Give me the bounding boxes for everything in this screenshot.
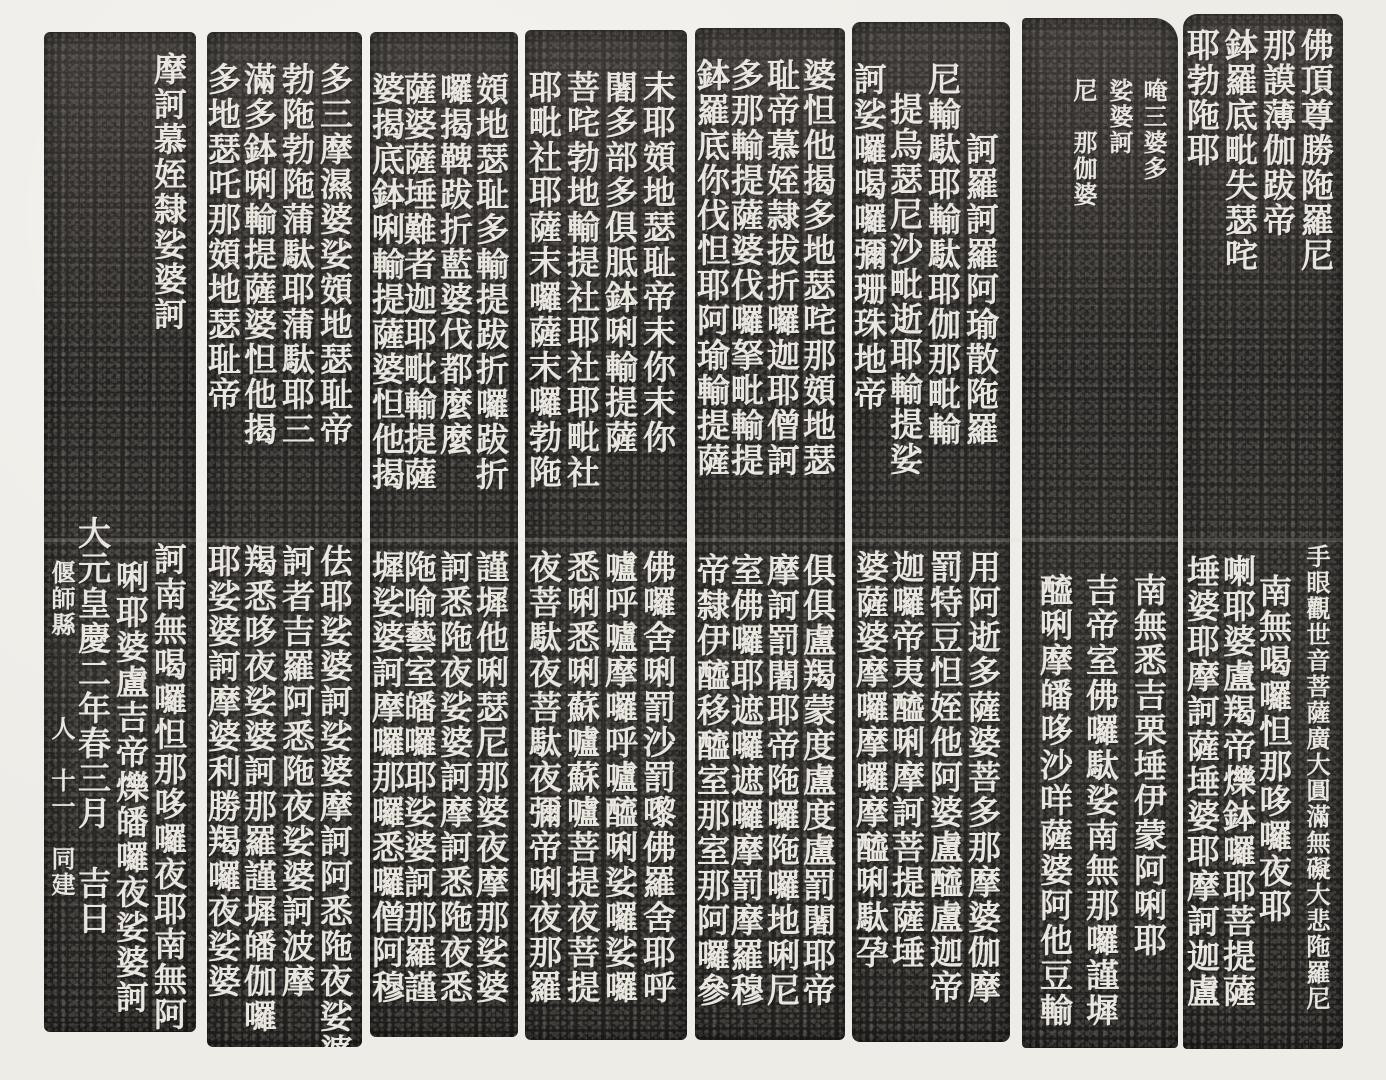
text-column: 摩訶慕姪隸娑婆訶 [148,52,188,332]
text-column: 悉唎悉唎蘇嚧蘇嚧菩提夜菩提 [561,550,601,1005]
text-column: 用阿逝多薩婆菩多那摩婆伽摩 [962,550,1002,1005]
text-column: 尼 那伽婆 [1068,78,1098,208]
text-column: 吉帝室佛囉駄娑南無那囉謹墀 [1080,573,1120,1028]
text-column: 訶者吉羅阿悉陁夜娑婆訶波摩 [276,544,316,999]
text-column: 耶毗社耶薩末囉薩末囉勃陁 [525,70,563,490]
text-column: 唵三婆多 [1138,78,1168,182]
text-column: 醯唎摩皤哆沙咩薩婆阿他豆輸 [1034,573,1074,1028]
text-column: 唎耶婆盧吉帝爍皤囉夜娑婆訶 [110,560,150,1015]
text-column: 南無悉吉栗埵伊蒙阿唎耶 [1128,573,1168,958]
text-column: 嚧呼嚧摩囉呼嚧醯唎娑囉娑囉 [599,550,639,1005]
text-column: 囉揭鞞跋折藍婆伐都麼麼 [434,72,474,457]
text-column: 訶南無喝囉怛那哆囉夜耶南無阿 [148,542,188,1032]
text-column: 頞地瑟耻多輸提跋折囉跋折 [470,72,510,492]
text-column: 多三摩濕婆娑頞地瑟耻帝 [314,62,354,447]
text-column: 訶娑囉喝囉彌珊珠地帝 [852,62,888,412]
text-column: 佛頂尊勝陁羅尼 [1295,28,1335,273]
rubbing-strip-6: 頞地瑟耻多輸提跋折囉跋折 囉揭鞞跋折藍婆伐都麼麼 薩婆薩埵難者迦耶毗輸提薩 婆揭… [370,32,518,1037]
mount-seam [44,538,1344,542]
colophon-date: 大元皇慶二年春三月 吉日 [72,516,112,936]
text-column: 夜菩駄夜菩駄夜彌帝唎夜那羅 [525,550,563,1005]
text-column: 婆揭底鉢唎輸提薩婆怛他揭 [370,72,406,492]
text-column: 婆薩婆摩囉摩囉摩醯唎駄孕 [852,550,890,970]
text-column: 羯悉哆夜娑婆訶那羅謹墀皤伽囉 [238,544,278,1034]
rubbing-strip-3: 訶羅訶羅阿瑜散陁羅 尼輸駄耶輸駄耶伽那毗輸 提烏瑟尼沙毗逝耶輸提娑 訶娑囉喝囉彌… [852,22,1010,1042]
rubbing-strip-4: 婆怛他揭多地瑟咤那頞地瑟 耻帝慕姪隷拔折囉迦耶僧訶 多那輸提薩婆伐囉拏毗輸提 鉢… [695,28,845,1040]
text-column: 南無喝囉怛那哆囉夜耶 [1253,574,1293,924]
text-column: 那謨薄伽跋帝 [1257,28,1297,238]
text-column: 尼輸駄耶輸駄耶伽那毗輸 [922,62,962,447]
text-column: 多地瑟吒那頞地瑟耻帝 [207,62,242,412]
text-column: 佛囉舍唎罰沙罰嚟佛羅舍耶呼 [637,550,677,1005]
text-column: 多那輸提薩婆伐囉拏毗輸提 [725,58,765,478]
text-column: 埵婆耶摩訶薩埵婆耶摩訶迦盧 [1183,554,1221,1009]
text-column: 俱俱盧羯蒙度盧度盧罰闍耶帝 [797,553,837,1008]
rubbing-strip-5: 末耶頞地瑟耻帝末你末你 闍多部多俱胝鉢唎輸提薩 菩咤勃地輸提社耶社耶毗社 耶毗社… [525,30,687,1040]
text-column: 喇耶婆盧羯帝爍鉢囉耶菩提薩 [1217,554,1257,1009]
text-column: 謹墀他唎瑟尼那婆夜摩那娑婆 [470,550,510,1005]
text-column: 勃陁勃陁蒲駄耶蒲駄耶三 [276,62,316,447]
text-column: 鉢羅底毗失瑟咤 [1219,28,1259,273]
colophon-location: 偃師縣 人 十一 同建 [46,560,76,898]
mounting-paper: 佛頂尊勝陁羅尼 那謨薄伽跋帝 鉢羅底毗失瑟咤 耶勃陁耶 手眼觀世音菩薩廣大圓滿無… [0,0,1386,1080]
text-column: 迦囉帝夷醯唎摩訶菩提薩埵 [886,550,926,970]
rubbing-strip-1: 佛頂尊勝陁羅尼 那謨薄伽跋帝 鉢羅底毗失瑟咤 耶勃陁耶 手眼觀世音菩薩廣大圓滿無… [1183,14,1343,1049]
text-column: 耻帝慕姪隷拔折囉迦耶僧訶 [761,58,801,478]
text-column: 手眼觀世音菩薩廣大圓滿無礙大悲陁羅尼 [1301,544,1331,1012]
rubbing-strip-2: 唵三婆多 娑婆訶 尼 那伽婆 南無悉吉栗埵伊蒙阿唎耶 吉帝室佛囉駄娑南無那囉謹墀… [1022,18,1178,1048]
rubbing-strip-8: 摩訶慕姪隸娑婆訶 訶南無喝囉怛那哆囉夜耶南無阿 唎耶婆盧吉帝爍皤囉夜娑婆訶 大元… [44,32,196,1032]
text-column: 闍多部多俱胝鉢唎輸提薩 [599,70,639,455]
text-column: 末耶頞地瑟耻帝末你末你 [637,70,677,455]
text-column: 帝隸伊醯移醯室那室那阿囉參 [695,553,731,1008]
text-column: 摩訶罰闍耶帝陁囉陁囉地唎尼 [761,553,801,1008]
text-column: 罰特豆怛姪他阿婆盧醯盧迦帝 [924,550,964,1005]
text-column: 耶勃陁耶 [1183,28,1221,168]
text-column: 娑婆訶 [1104,78,1134,156]
text-column: 墀娑婆訶摩囉那囉悉囉僧阿穆 [370,550,406,1005]
text-column: 提烏瑟尼沙毗逝耶輸提娑 [884,92,924,477]
text-column: 菩咤勃地輸提社耶社耶毗社 [561,70,601,490]
text-column: 滿多鉢唎輸提薩婆怛他揭 [238,62,278,447]
text-column: 訶悉陁夜娑婆訶摩訶悉陁夜悉 [434,550,474,1005]
text-column: 室佛囉耶遮囉遮囉摩罰摩羅穆 [725,553,765,1008]
text-column: 訶羅訶羅阿瑜散陁羅 [960,132,1000,447]
text-column: 佉耶娑婆訶娑婆摩訶阿悉陁夜娑婆 [314,544,354,1047]
text-column: 鉢羅底你伐怛耶阿瑜輸提薩 [695,58,731,478]
text-column: 耶娑婆訶摩婆利勝羯囉夜娑婆 [207,544,242,999]
text-column: 婆怛他揭多地瑟咤那頞地瑟 [797,58,837,478]
